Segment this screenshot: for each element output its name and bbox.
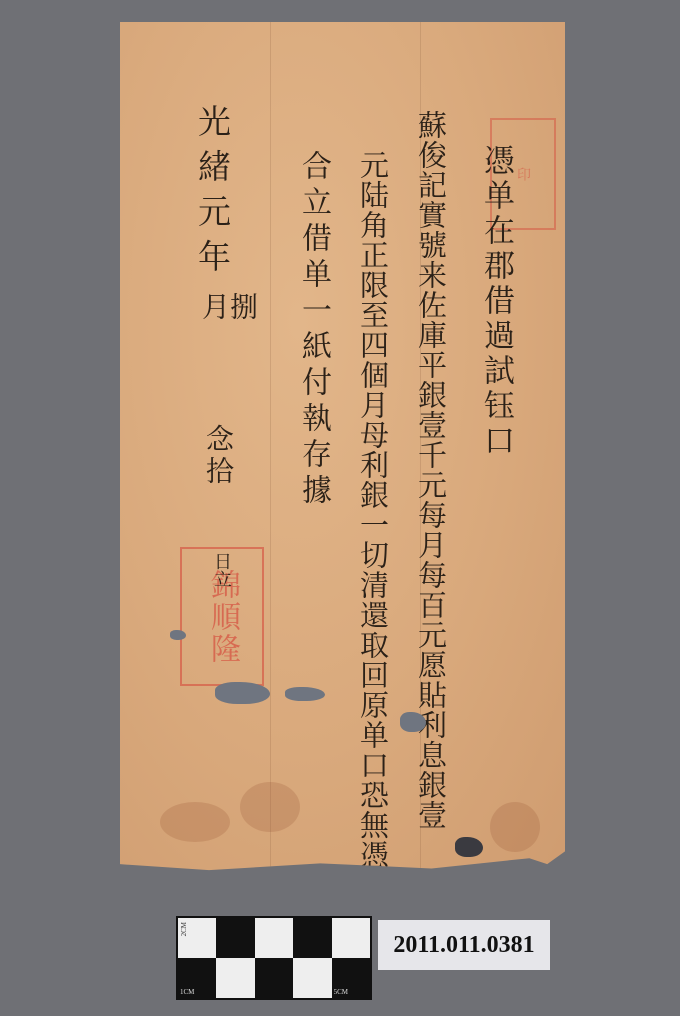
- scale-square: [332, 918, 370, 958]
- scale-square: 2CM: [178, 918, 216, 958]
- text-column-1: 憑单在郡借過試钰口: [480, 144, 511, 524]
- scale-square: 5CM: [332, 958, 370, 998]
- text-column-3: 元陆角正限至四個月母利銀一切清還取回原单口恐無憑: [358, 150, 387, 870]
- paper-hole: [400, 712, 426, 732]
- scale-square: [293, 958, 331, 998]
- date-era: 光緒元年: [196, 104, 229, 304]
- seal-annotation: 日立: [208, 552, 234, 588]
- paper-hole: [285, 687, 325, 701]
- scale-square: [216, 918, 254, 958]
- loan-document: 印 憑单在郡借過試钰口 蘇俊記實號来佐庫平銀壹千元每月每百元愿貼利息銀壹 元陆角…: [120, 22, 565, 877]
- stain: [490, 802, 540, 852]
- date-day: 念拾: [204, 424, 232, 504]
- text-column-2: 蘇俊記實號来佐庫平銀壹千元每月每百元愿貼利息銀壹: [416, 110, 445, 870]
- paper-hole: [455, 837, 483, 857]
- stain: [240, 782, 300, 832]
- scale-square: [255, 958, 293, 998]
- stain: [160, 802, 230, 842]
- paper-hole: [170, 630, 186, 640]
- scale-square: [216, 958, 254, 998]
- scale-square: 1CM: [178, 958, 216, 998]
- scale-square: [255, 918, 293, 958]
- scale-bar: 2CM 1CM 5CM: [176, 916, 372, 1000]
- fold-line: [270, 22, 271, 877]
- scale-label-1cm: 1CM: [180, 988, 194, 996]
- scale-label-5cm: 5CM: [334, 988, 348, 996]
- scale-label-2cm: 2CM: [180, 922, 188, 936]
- catalog-number-label: 2011.011.0381: [378, 920, 550, 970]
- scale-square: [293, 918, 331, 958]
- paper-hole: [215, 682, 270, 704]
- date-month: 捌月: [200, 292, 256, 372]
- text-column-4: 合立借单一紙付執存據: [298, 150, 328, 510]
